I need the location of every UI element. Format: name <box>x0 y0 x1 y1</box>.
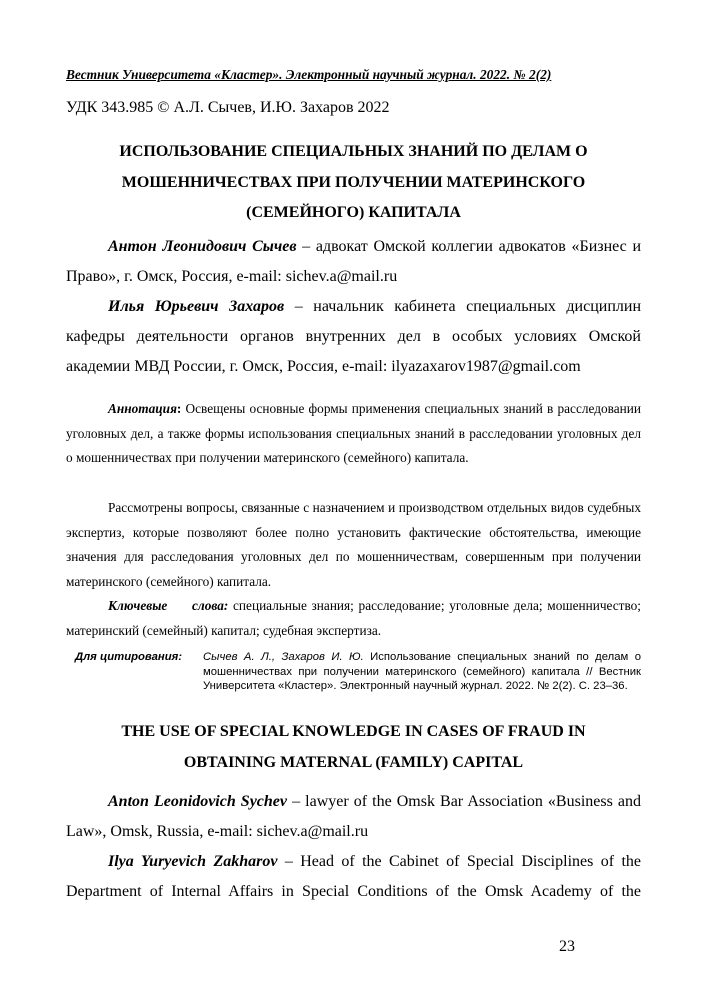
author-info-ru-2: Илья Юрьевич Захаров – начальник кабинет… <box>66 292 641 382</box>
citation-label: Для цитирования: <box>75 650 182 665</box>
author-name: Илья Юрьевич Захаров <box>108 298 284 315</box>
author-name: Антон Леонидович Сычев <box>108 238 297 255</box>
citation-body: Сычев А. Л., Захаров И. Ю. Использование… <box>203 650 641 694</box>
article-title-en: THE USE OF SPECIAL KNOWLEDGE IN CASES OF… <box>66 717 641 778</box>
author-info-en-2: Ilya Yuryevich Zakharov – Head of the Ca… <box>66 847 641 907</box>
author-info-en-1: Anton Leonidovich Sychev – lawyer of the… <box>66 787 641 847</box>
udc-copyright-line: УДК 343.985 © А.Л. Сычев, И.Ю. Захаров 2… <box>66 98 390 118</box>
keywords: Ключевые слова: специальные знания; расс… <box>66 594 641 643</box>
journal-running-header: Вестник Университета «Кластер». Электрон… <box>66 67 551 83</box>
title-ru-line: (СЕМЕЙНОГО) КАПИТАЛА <box>66 198 641 229</box>
author-info-ru-1: Антон Леонидович Сычев – адвокат Омской … <box>66 232 641 292</box>
abstract-paragraph-2: Рассмотрены вопросы, связанные с назначе… <box>66 496 641 594</box>
title-en-line: THE USE OF SPECIAL KNOWLEDGE IN CASES OF… <box>66 717 641 748</box>
title-ru-line: МОШЕННИЧЕСТВАХ ПРИ ПОЛУЧЕНИИ МАТЕРИНСКОГ… <box>66 168 641 199</box>
author-name: Anton Leonidovich Sychev <box>108 793 287 810</box>
citation-block: Для цитирования: Сычев А. Л., Захаров И.… <box>75 650 641 694</box>
page-number: 23 <box>559 937 575 957</box>
abstract-paragraph-1: Аннотация: Освещены основные формы приме… <box>66 397 641 471</box>
author-name: Ilya Yuryevich Zakharov <box>108 853 277 870</box>
keywords-label: Ключевые слова: <box>108 598 228 613</box>
title-en-line: OBTAINING MATERNAL (FAMILY) CAPITAL <box>66 748 641 779</box>
abstract-label: Аннотация <box>108 401 177 416</box>
citation-authors: Сычев А. Л., Захаров И. Ю. <box>203 651 364 663</box>
article-title-ru: ИСПОЛЬЗОВАНИЕ СПЕЦИАЛЬНЫХ ЗНАНИЙ ПО ДЕЛА… <box>66 137 641 229</box>
title-ru-line: ИСПОЛЬЗОВАНИЕ СПЕЦИАЛЬНЫХ ЗНАНИЙ ПО ДЕЛА… <box>66 137 641 168</box>
